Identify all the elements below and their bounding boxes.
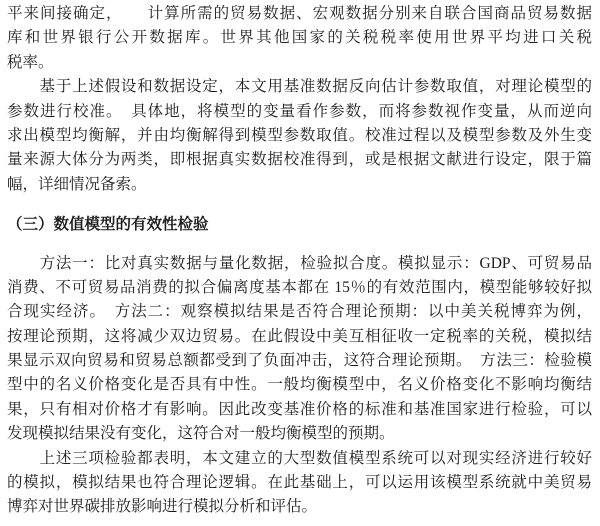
paper-line: 参数进行校准。 具体地，将模型的变量看作参数，而将参数视作变量，从而逆向 xyxy=(7,100,592,124)
paper-line: 基于上述假设和数据设定，本文用基准数据反向估计参数取值，对理论模型的 xyxy=(7,75,592,99)
paper-line: 消费、不可贸易品消费的拟合偏离度基本都在 15％的有效范围内，模型能够较好拟 xyxy=(7,276,592,300)
paper-line: 量来源大体分为两类，即根据真实数据校准得到，或是根据文献进行设定，限于篇 xyxy=(7,148,592,172)
paper-page: 平来间接确定， 计算所需的贸易数据、宏观数据分别来自联合国商品贸易数据 库和世界… xyxy=(0,0,600,526)
paper-line: 果，只有相对价格才有影响。因此改变基准价格的标准和基准国家进行检验，可以 xyxy=(7,398,592,422)
paper-line: 按理论预期，这将减少双边贸易。在此假设中美互相征收一定税率的关税，模拟结 xyxy=(7,325,592,349)
paper-line: 合现实经济。 方法二：观察模拟结果是否符合理论预期：以中美关税博弈为例， xyxy=(7,300,592,324)
paper-line: 库和世界银行公开数据库。世界其他国家的关税税率使用世界平均进口关税 xyxy=(7,26,592,50)
paper-line: 方法一：比对真实数据与量化数据，检验拟合度。模拟显示：GDP、可贸易品 xyxy=(7,252,592,276)
paper-line: 型中的名义价格变化是否具有中性。一般均衡模型中，名义价格变化不影响均衡结 xyxy=(7,373,592,397)
section-heading: （三）数值模型的有效性检验 xyxy=(7,213,592,237)
paper-line: 的模拟，模拟结果也符合理论逻辑。在此基础上，可以运用该模型系统就中美贸易 xyxy=(7,471,592,495)
paper-line: 博弈对世界碳排放影响进行模拟分析和评估。 xyxy=(7,495,592,519)
paper-line: 果显示双向贸易和贸易总额都受到了负面冲击，这符合理论预期。 方法三：检验模 xyxy=(7,349,592,373)
paper-line: 幅，详细情况备索。 xyxy=(7,173,592,197)
paper-line: 平来间接确定， 计算所需的贸易数据、宏观数据分别来自联合国商品贸易数据 xyxy=(7,2,592,26)
paper-line: 税率。 xyxy=(7,51,592,75)
paper-line: 上述三项检验都表明，本文建立的大型数值模型系统可以对现实经济进行较好 xyxy=(7,447,592,471)
paper-line: 发现模拟结果没有变化，这符合对一般均衡模型的预期。 xyxy=(7,422,592,446)
paper-line: 求出模型均衡解，并由均衡解得到模型参数取值。校准过程以及模型参数及外生变 xyxy=(7,124,592,148)
